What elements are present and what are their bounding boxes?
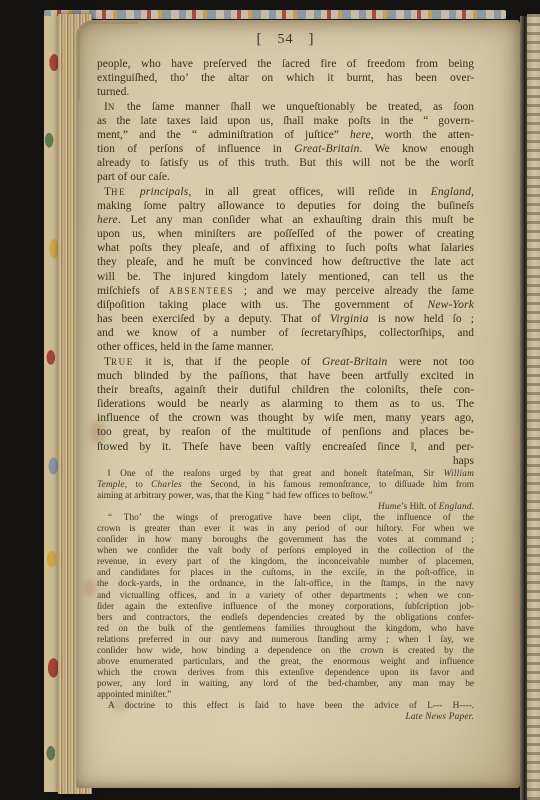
text-line: power, any lord in waiting, any lord of … <box>97 679 474 690</box>
text-line: ment,” and the “ adminiſtration of juſti… <box>97 128 474 142</box>
book-top-edge-marble <box>44 10 506 19</box>
text-line: haps <box>97 454 474 468</box>
text-line: “ Tho’ the wings of prerogative have bee… <box>97 513 474 524</box>
book-scan-photo: [54] people, who have preſerved the ſacr… <box>0 0 540 800</box>
page-number-header: [54] <box>97 31 474 48</box>
text-line: above enumerated particulars, and the gr… <box>97 657 474 668</box>
text-line: the dock-yards, in the ordnance, in the … <box>97 579 474 590</box>
footnote-text: ‖ One of the reaſons urged by that great… <box>97 469 474 723</box>
body-text: people, who have preſerved the ſacred fi… <box>97 57 474 468</box>
text-line: extinguiſhed, tho’ the altar on which it… <box>97 71 474 85</box>
text-line: influence of the crown was thought by wi… <box>97 411 474 425</box>
text-line: as the late taxes laid upon us, ſhall ma… <box>97 114 474 128</box>
text-line: has been exerciſed by a deputy. That of … <box>97 312 474 326</box>
text-line: Late News Paper. <box>97 712 474 723</box>
text-line: red on the bulk of the gentlemens famili… <box>97 624 474 635</box>
text-line: conſider how wide, how binding a depende… <box>97 646 474 657</box>
text-line: Hume’s Hiſt. of England. <box>97 502 474 513</box>
text-line: too great, by reaſon of the multitude of… <box>97 425 474 439</box>
text-line: bers and contractors, the endleſs depend… <box>97 613 474 624</box>
text-line: and victualling offices, and in a variet… <box>97 591 474 602</box>
text-line: conſider in how many boroughs the govern… <box>97 535 474 546</box>
text-line: TRUE it is, that if the people of Great-… <box>97 355 474 369</box>
text-line: turned. <box>97 85 474 99</box>
text-line: here. Let any man conſider what an exhau… <box>97 213 474 227</box>
text-line: when we conſider the vaſt body of perſon… <box>97 546 474 557</box>
text-line: miſchiefs of ABSENTEES ; and we may perc… <box>97 284 474 298</box>
text-line: A doctrine to this effect is ſaid to hav… <box>97 701 474 712</box>
text-line: crown is greater than ever it was in any… <box>97 524 474 535</box>
text-line: will be. The injured kingdom lately ment… <box>97 270 474 284</box>
text-line: people, who have preſerved the ſacred fi… <box>97 57 474 71</box>
text-line: IN the ſame manner ſhall we unqueſtionab… <box>97 100 474 114</box>
text-line: ſider again the extenſive influence of t… <box>97 602 474 613</box>
text-line: which the crown derives from this extenſ… <box>97 668 474 679</box>
book-page: [54] people, who have preſerved the ſacr… <box>76 20 520 788</box>
text-line: revenue, in every part of the kingdom, t… <box>97 557 474 568</box>
text-line: tion of perſons of influence in Great-Br… <box>97 142 474 156</box>
text-line: already to ſatisfy us of this truth. But… <box>97 156 474 170</box>
text-line: ‖ One of the reaſons urged by that great… <box>97 469 474 480</box>
page-gutter-shadow <box>520 16 527 800</box>
text-line: other offices, held in the ſame manner. <box>97 340 474 354</box>
text-line: relations preferred in our navy and nume… <box>97 635 474 646</box>
page-number: 54 <box>278 32 294 47</box>
header-bracket-right: ] <box>309 31 315 47</box>
next-page-sliver <box>527 14 540 800</box>
text-line: THE principals, in all great offices, wi… <box>97 185 474 199</box>
text-line: Temple, to Charles the Second, in his fa… <box>97 480 474 491</box>
header-bracket-left: [ <box>257 31 263 47</box>
text-line: upon us, when miniſters are poſſeſſed of… <box>97 227 474 241</box>
text-line: and we know of a number of ſecretaryſhip… <box>97 326 474 340</box>
text-line: what poſts they pleaſe, and of affixing … <box>97 241 474 255</box>
text-line: they pleaſe, and he muſt be convinced ho… <box>97 255 474 269</box>
text-line: and candidates for places in the cuſtoms… <box>97 568 474 579</box>
text-line: part of our caſe. <box>97 170 474 184</box>
text-line: appointed miniſter.” <box>97 690 474 701</box>
text-line: their breaſts, againſt their dutiful chi… <box>97 383 474 397</box>
foxing-stain <box>84 580 96 596</box>
text-line: much blinded by the paſſions, that have … <box>97 369 474 383</box>
text-line: ſtowed by it. Theſe have been vaſtly enc… <box>97 440 474 454</box>
text-line: diſpoſition taking place with us. The go… <box>97 298 474 312</box>
text-line: aiming at arbitrary power, was, that the… <box>97 491 474 502</box>
text-line: making ſome paltry allowance to deputies… <box>97 199 474 213</box>
text-line: ſiderations would be nearly as alarming … <box>97 397 474 411</box>
